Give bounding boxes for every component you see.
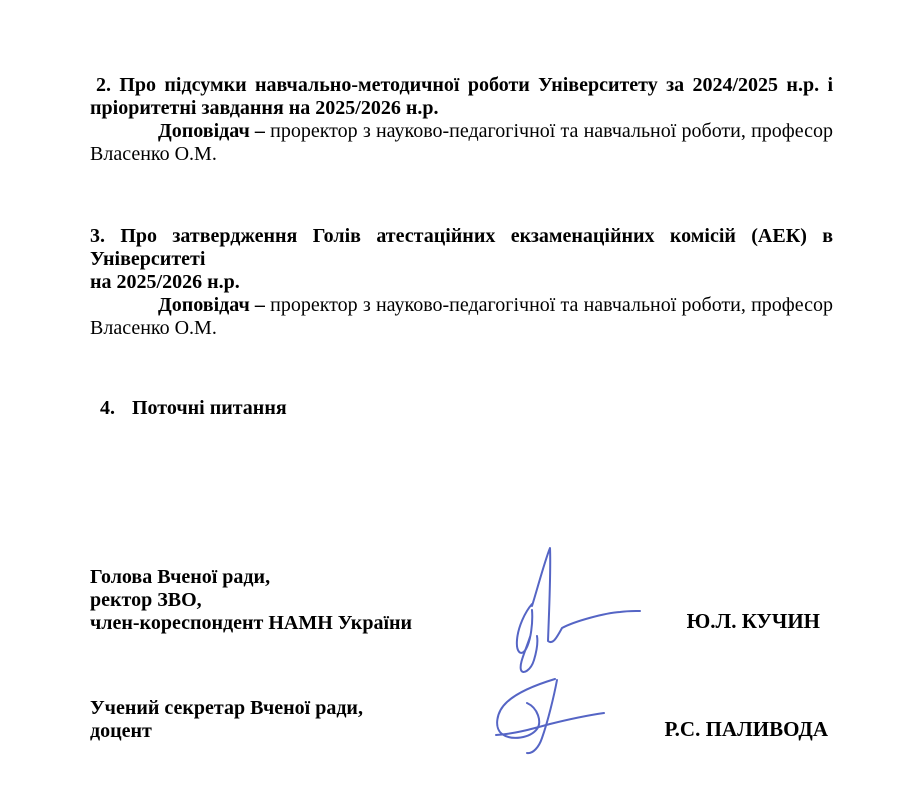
signature-block-secretary: Учений секретар Вченої ради, доцент Р.С.… [90,697,833,743]
agenda-item-2: 2. Про підсумки навчально-методичної роб… [90,74,833,166]
agenda-item-3: 3. Про затвердження Голів атестаційних е… [90,225,833,340]
item4-number: 4. [100,397,115,419]
item3-reporter-label: Доповідач – [158,294,265,316]
item3-title-line1: 3. Про затвердження Голів атестаційних е… [90,225,833,271]
item3-reporter-line: Доповідач – проректор з науково-педагогі… [90,294,833,317]
chairman-role-line1: Голова Вченої ради, [90,566,833,589]
document-content: 2. Про підсумки навчально-методичної роб… [90,74,833,743]
secretary-name: Р.С. ПАЛИВОДА [664,718,828,741]
item2-title-line2: пріоритетні завдання на 2025/2026 н.р. [90,97,833,120]
document-page: 2. Про підсумки навчально-методичної роб… [0,0,899,799]
item2-reporter-line: Доповідач – проректор з науково-педагогі… [90,120,833,143]
agenda-item-4: 4.Поточні питання [90,397,833,420]
item2-title-line1: 2. Про підсумки навчально-методичної роб… [90,74,833,97]
item2-reporter-label: Доповідач – [158,120,265,142]
handwritten-signature-chairman [505,542,650,674]
chairman-name: Ю.Л. КУЧИН [687,610,820,633]
item2-reporter-text: проректор з науково-педагогічної та навч… [270,120,833,142]
item3-reporter-name: Власенко О.М. [90,317,833,340]
item3-reporter-text: проректор з науково-педагогічної та навч… [270,294,833,316]
signature-block-chairman: Голова Вченої ради, ректор ЗВО, член-кор… [90,566,833,635]
item4-title: Поточні питання [132,397,287,419]
handwritten-signature-secretary [490,676,608,760]
item2-reporter-name: Власенко О.М. [90,143,833,166]
item3-title-line2: на 2025/2026 н.р. [90,271,833,294]
